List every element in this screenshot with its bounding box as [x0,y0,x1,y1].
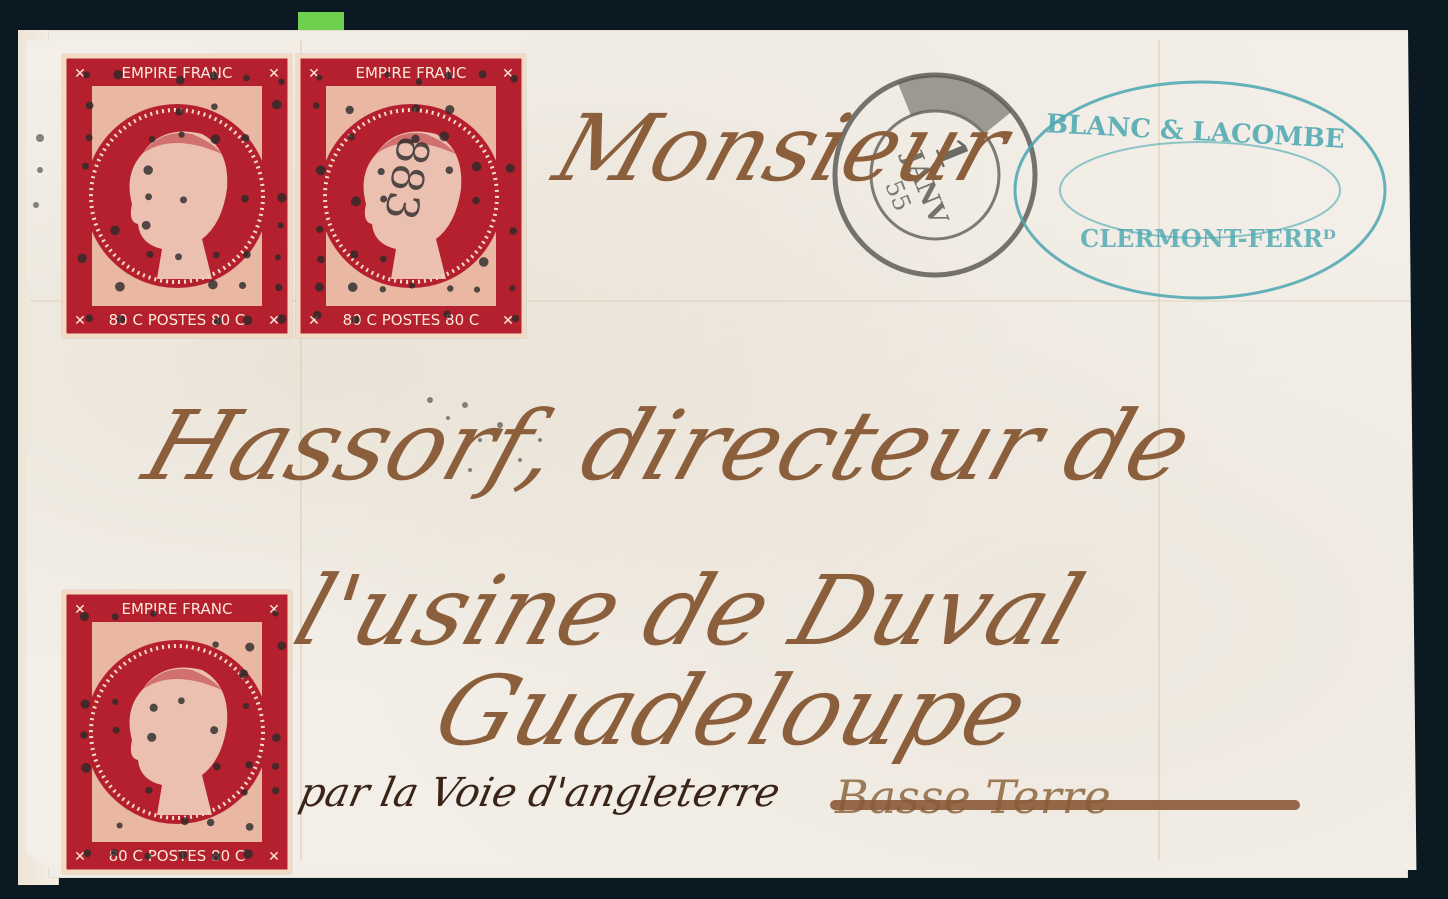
svg-text:✕: ✕ [268,66,280,82]
stamp-80c-top-right: EMPIRE FRANC 80 C POSTES 80 C ✕ ✕ ✕ ✕ 88… [296,54,526,338]
svg-text:✕: ✕ [502,313,514,329]
address-salutation: Monsieur [543,95,1021,202]
struck-destination: Basse Terre [835,770,1111,824]
svg-text:✕: ✕ [74,313,86,329]
stamp-80c-bottom: EMPIRE FRANC 80 C POSTES 80 C ✕ ✕ ✕ ✕ [62,590,292,874]
address-line-2: l'usine de Duval [282,555,1096,667]
strike-through-bar [830,800,1300,810]
svg-text:80 C POSTES 80 C: 80 C POSTES 80 C [343,311,480,329]
svg-text:✕: ✕ [268,849,280,865]
stamp-80c-top-left: EMPIRE FRANC 80 C POSTES 80 C ✕ ✕ ✕ ✕ [62,54,292,338]
svg-text:80 C POSTES 80 C: 80 C POSTES 80 C [109,847,246,865]
address-line-3: Guadeloupe [422,655,1041,767]
svg-text:80 C POSTES 80 C: 80 C POSTES 80 C [109,311,246,329]
route-instruction: par la Voie d'angleterre [295,770,784,816]
address-line-1: Hassorf, directeur de [132,390,1205,502]
green-marker-tab [298,12,344,30]
svg-text:EMPIRE FRANC: EMPIRE FRANC [122,600,233,618]
